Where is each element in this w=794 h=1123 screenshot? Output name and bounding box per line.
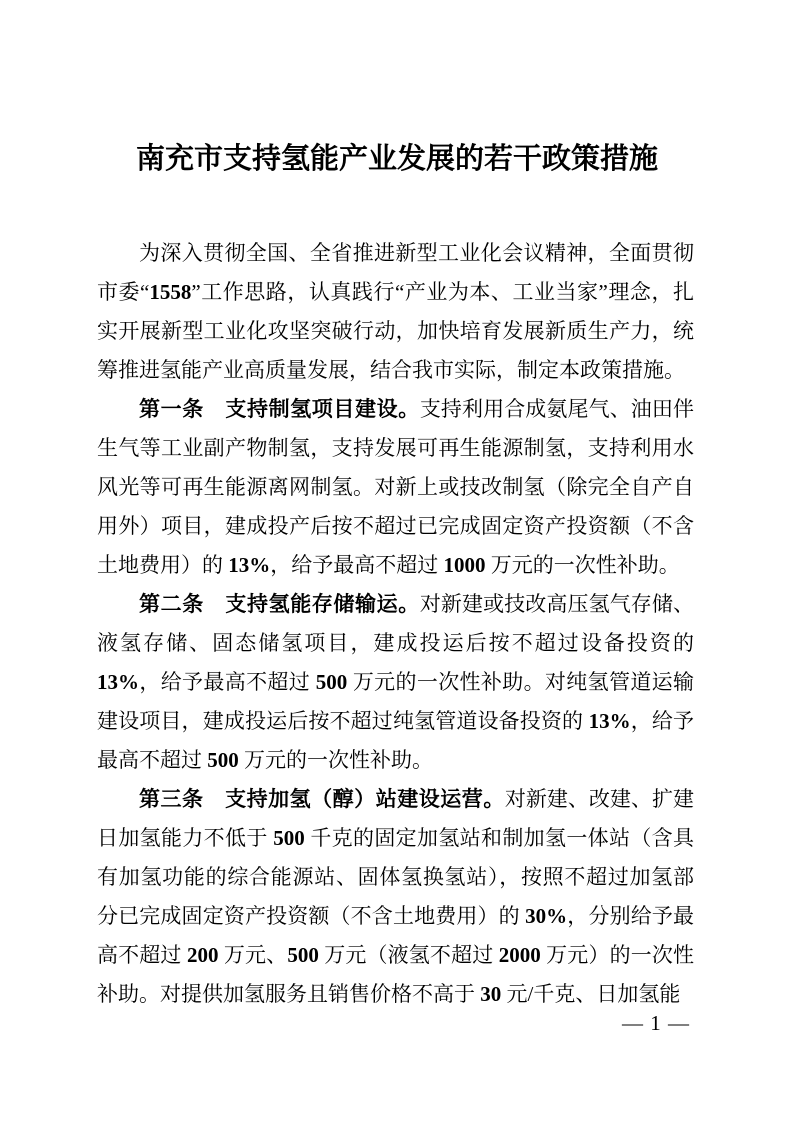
paragraph: 第一条 支持制氢项目建设。支持利用合成氨尾气、油田伴生气等工业副产物制氢，支持发… [97, 390, 694, 585]
text-run: 元/千克、日加氢能 [501, 982, 680, 1006]
section-lead: 第三条 支持加氢（醇）站建设运营。 [139, 788, 505, 811]
number-emphasis: 500 [316, 670, 348, 694]
text-run: ，给予最高不超过 [139, 670, 316, 694]
section-lead: 第一条 支持制氢项目建设。 [139, 398, 420, 421]
number-emphasis: 13% [97, 670, 139, 694]
number-emphasis: 200 [187, 943, 219, 967]
text-run: ，给予最高不超过 [270, 553, 443, 577]
paragraph: 为深入贯彻全国、全省推进新型工业化会议精神，全面贯彻市委“1558”工作思路，认… [97, 234, 694, 390]
number-emphasis: 500 [207, 748, 239, 772]
page-number: — 1 — [622, 1008, 690, 1038]
document-title: 南充市支持氢能产业发展的若干政策措施 [0, 136, 794, 182]
text-run: 万元的一次性补助。 [239, 748, 433, 772]
paragraph: 第三条 支持加氢（醇）站建设运营。对新建、改建、扩建日加氢能力不低于 500 千… [97, 780, 694, 1014]
number-emphasis: 13% [228, 553, 270, 577]
number-emphasis: 13% [589, 709, 631, 733]
section-lead: 第二条 支持氢能存储输运。 [139, 593, 420, 616]
text-run: 万元（液氢不超过 [319, 943, 499, 967]
number-emphasis: 2000 [499, 943, 541, 967]
text-run: 万元、 [218, 943, 287, 967]
number-emphasis: 1000 [444, 553, 486, 577]
text-run: 万元的一次性补助。 [486, 553, 680, 577]
document-page: 南充市支持氢能产业发展的若干政策措施 为深入贯彻全国、全省推进新型工业化会议精神… [0, 0, 794, 1123]
number-emphasis: 500 [273, 826, 305, 850]
number-emphasis: 30 [480, 982, 501, 1006]
number-emphasis: 500 [287, 943, 319, 967]
number-emphasis: 30% [525, 904, 567, 928]
document-body: 为深入贯彻全国、全省推进新型工业化会议精神，全面贯彻市委“1558”工作思路，认… [97, 234, 694, 1014]
number-emphasis: 1558 [149, 280, 191, 304]
text-run: 支持利用合成氨尾气、油田伴生气等工业副产物制氢，支持发展可再生能源制氢，支持利用… [97, 397, 694, 577]
paragraph: 第二条 支持氢能存储输运。对新建或技改高压氢气存储、液氢存储、固态储氢项目，建成… [97, 585, 694, 780]
